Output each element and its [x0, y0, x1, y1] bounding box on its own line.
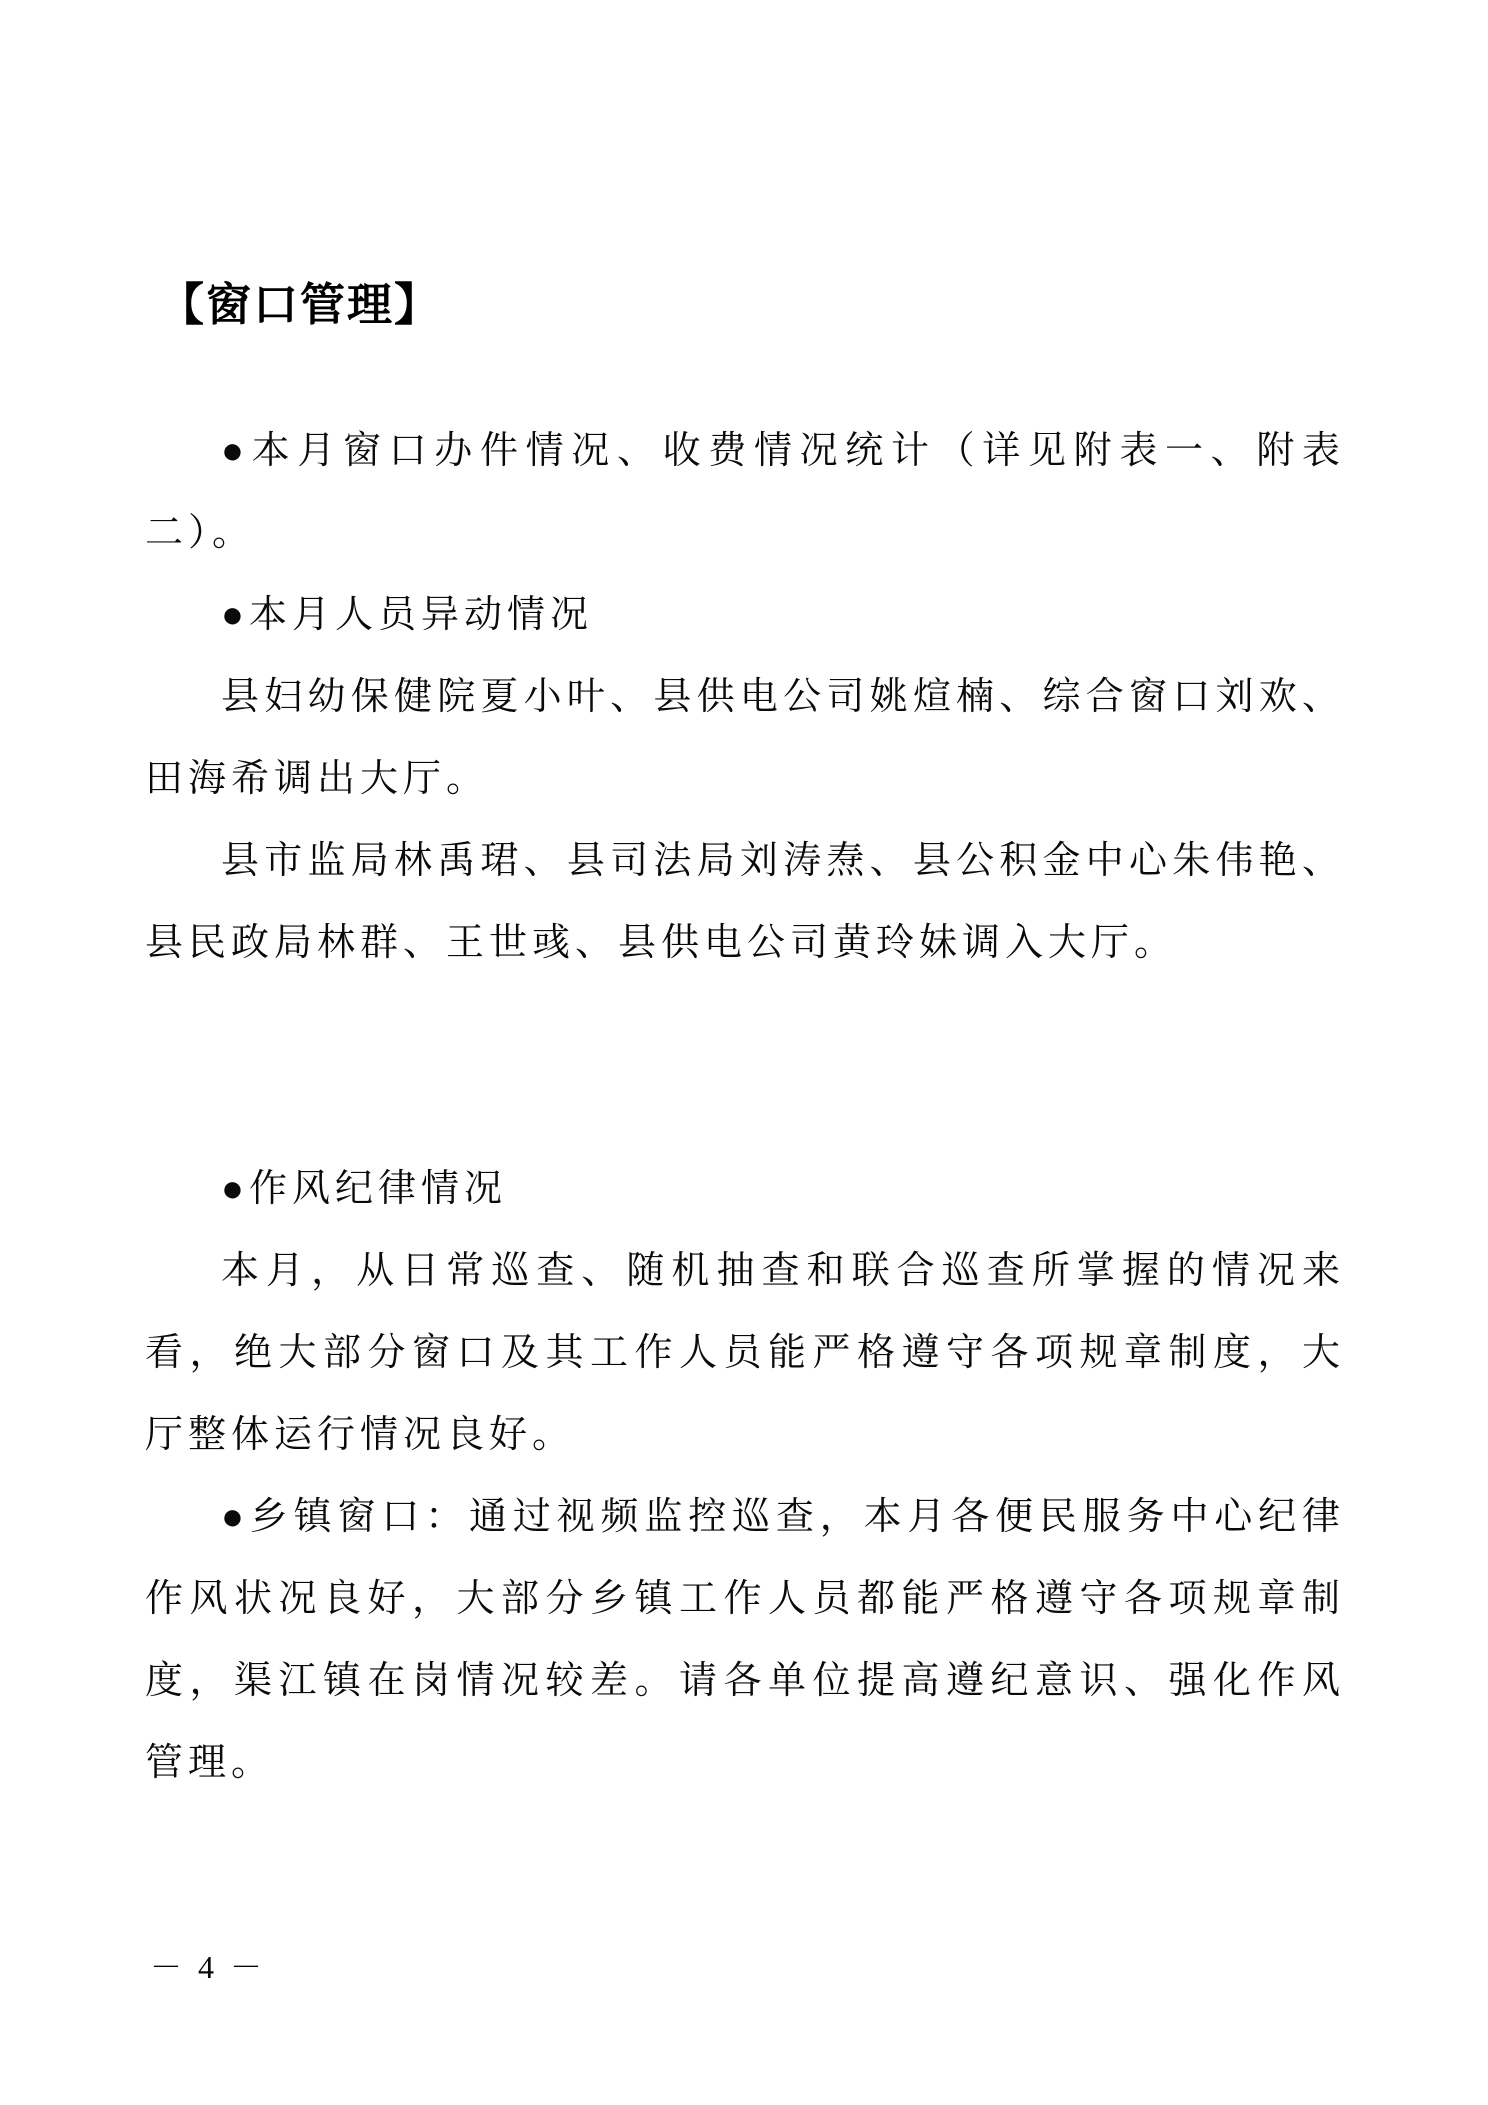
body-paragraph-inspection-summary: 本月，从日常巡查、随机抽查和联合巡查所掌握的情况来看，绝大部分窗口及其工作人员能…	[145, 1230, 1345, 1476]
document-page: 【窗口管理】 ●本月窗口办件情况、收费情况统计（详见附表一、附表二）。 ●本月人…	[0, 0, 1488, 2105]
bullet-paragraph-township-windows: ●乡镇窗口：通过视频监控巡查，本月各便民服务中心纪律作风状况良好，大部分乡镇工作…	[145, 1476, 1345, 1804]
bullet-paragraph-window-stats: ●本月窗口办件情况、收费情况统计（详见附表一、附表二）。	[145, 410, 1345, 574]
body-paragraph-transfers-out: 县妇幼保健院夏小叶、县供电公司姚煊楠、综合窗口刘欢、田海希调出大厅。	[145, 656, 1345, 820]
bullet-paragraph-personnel-changes: ●本月人员异动情况	[145, 574, 1345, 656]
body-paragraph-transfers-in: 县市监局林禹珺、县司法局刘涛焘、县公积金中心朱伟艳、县民政局林群、王世彧、县供电…	[145, 820, 1345, 984]
document-body: 【窗口管理】 ●本月窗口办件情况、收费情况统计（详见附表一、附表二）。 ●本月人…	[145, 278, 1345, 1804]
bullet-paragraph-discipline: ●作风纪律情况	[145, 1148, 1345, 1230]
page-number: － 4 －	[150, 1942, 266, 1988]
page-title: 【窗口管理】	[159, 278, 1345, 332]
